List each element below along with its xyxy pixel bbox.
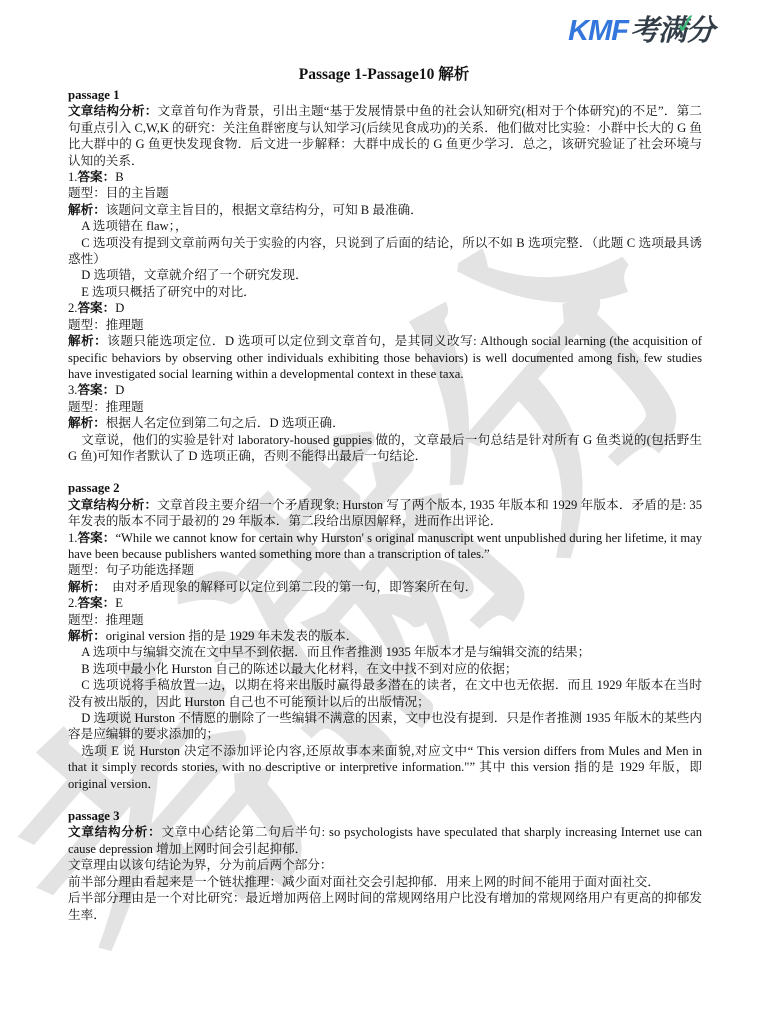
label-bold: 解析：	[68, 416, 106, 430]
text-run: 该题只能选项定位．D 选项可以定位到文章首句，是其同义改写: Although …	[68, 334, 702, 381]
text-run: original version 指的是 1929 年未发表的版本．	[106, 629, 359, 643]
paragraph: 题型：句子功能选择题	[68, 562, 702, 578]
paragraph: 解析：original version 指的是 1929 年未发表的版本．	[68, 628, 702, 644]
passage-paragraphs: 文章结构分析：文章首段主要介绍一个矛盾现象: Hurston 写了两个版本, 1…	[68, 497, 702, 792]
paragraph: 2.答案：E	[68, 595, 702, 611]
passage-heading: passage 1	[68, 87, 702, 103]
text-run: B 选项中最小化 Hurston 自己的陈述以最大化材料，在文中找不到对应的依据…	[81, 662, 517, 676]
paragraph: 选项 E 说 Hurston 决定不添加评论内容,还原故事本来面貌,对应文中“ …	[68, 743, 702, 792]
paragraph: 题型：推理题	[68, 317, 702, 333]
paragraph: 文章理由以该句结论为界，分为前后两个部分：	[68, 857, 702, 873]
label-bold: 答案：	[77, 170, 115, 184]
paragraph: 解析：根据人名定位到第二句之后．D 选项正确．	[68, 415, 702, 431]
text-run: 文章首段主要介绍一个矛盾现象: Hurston 写了两个版本, 1935 年版本…	[68, 498, 702, 528]
text-run: 选项 E 说 Hurston 决定不添加评论内容,还原故事本来面貌,对应文中“ …	[68, 744, 702, 791]
text-run: 题型：目的主旨题	[68, 186, 169, 200]
text-run: “While we cannot know for certain why Hu…	[68, 531, 702, 561]
label-bold: 答案：	[77, 531, 115, 545]
paragraph: 解析：该题只能选项定位．D 选项可以定位到文章首句，是其同义改写: Althou…	[68, 333, 702, 382]
paragraph: D 选项错，文章就介绍了一个研究发现．	[68, 267, 702, 283]
text-run: 该题问文章主旨目的，根据文章结构分，可知 B 最准确．	[106, 203, 423, 217]
text-run: 题型：推理题	[68, 318, 144, 332]
paragraph: 1.答案：“While we cannot know for certain w…	[68, 530, 702, 563]
label-bold: 解析：	[68, 629, 106, 643]
paragraph: 解析： 由对矛盾现象的解释可以定位到第二段的第一句，即答案所在句．	[68, 579, 702, 595]
kmf-logo: KMF考满分✓	[568, 14, 714, 48]
paragraph: 文章说，他们的实验是针对 laboratory-housed guppies 做…	[68, 432, 702, 465]
text-run: 题型：句子功能选择题	[68, 563, 194, 577]
label-bold: 答案：	[77, 301, 115, 315]
text-run: 文章首句作为背景，引出主题“基于发展情景中鱼的社会认知研究(相对于个体研究)的不…	[68, 104, 702, 167]
text-run: D	[115, 383, 124, 397]
text-run: A 选项错在 flaw；，	[81, 219, 187, 233]
paragraph: 文章结构分析：文章首段主要介绍一个矛盾现象: Hurston 写了两个版本, 1…	[68, 497, 702, 530]
text-run: 根据人名定位到第二句之后．D 选项正确．	[106, 416, 345, 430]
text-run: 题型：推理题	[68, 613, 144, 627]
paragraph: 解析：该题问文章主旨目的，根据文章结构分，可知 B 最准确．	[68, 202, 702, 218]
label-bold: 解析：	[68, 580, 99, 594]
paragraph: D 选项说 Hurston 不情愿的删除了一些编辑不满意的因素，文中也没有提到．…	[68, 710, 702, 743]
paragraph: 文章结构分析：文章首句作为背景，引出主题“基于发展情景中鱼的社会认知研究(相对于…	[68, 103, 702, 169]
text-run: 文章理由以该句结论为界，分为前后两个部分：	[68, 858, 332, 872]
passage-section: passage 1 文章结构分析：文章首句作为背景，引出主题“基于发展情景中鱼的…	[68, 87, 702, 464]
passage-section: passage 2 文章结构分析：文章首段主要介绍一个矛盾现象: Hurston…	[68, 480, 702, 792]
label-bold: 答案：	[77, 383, 115, 397]
paragraph: C 选项没有提到文章前两句关于实验的内容，只说到了后面的结论，所以不如 B 选项…	[68, 235, 702, 268]
label-bold: 文章结构分析：	[68, 498, 157, 512]
text-run: D 选项错，文章就介绍了一个研究发现．	[81, 268, 307, 282]
label-bold: 解析：	[68, 334, 107, 348]
paragraph: 题型：推理题	[68, 399, 702, 415]
label-bold: 解析：	[68, 203, 106, 217]
passage-heading: passage 2	[68, 480, 702, 496]
paragraph: C 选项说将手稿放置一边，以期在将来出版时赢得最多潜在的读者，在文中也无依据．而…	[68, 677, 702, 710]
text-run: 由对矛盾现象的解释可以定位到第二段的第一句，即答案所在句．	[99, 580, 477, 594]
passage-paragraphs: 文章结构分析：文章中心结论第二句后半句: so psychologists ha…	[68, 824, 702, 922]
paragraph: 题型：目的主旨题	[68, 185, 702, 201]
brand-name-text: 考满分	[630, 15, 714, 47]
text-run: E 选项只概括了研究中的对比．	[81, 285, 256, 299]
paragraph: 1.答案：B	[68, 169, 702, 185]
text-run: 文章说，他们的实验是针对 laboratory-housed guppies 做…	[68, 433, 702, 463]
kmf-logo-letters: KMF	[568, 15, 630, 47]
document-body: passage 1 文章结构分析：文章首句作为背景，引出主题“基于发展情景中鱼的…	[68, 87, 702, 923]
text-run: 题型：推理题	[68, 400, 144, 414]
paragraph: B 选项中最小化 Hurston 自己的陈述以最大化材料，在文中找不到对应的依据…	[68, 661, 702, 677]
text-run: A 选项中与编辑交流在文中早不到依据．而且作者推测 1935 年版本才是与编辑交…	[81, 645, 590, 659]
text-run: E	[115, 596, 123, 610]
text-run: 前半部分理由看起来是一个链状推理：减少面对面社交会引起抑郁．用来上网的时间不能用…	[68, 875, 660, 889]
text-run: 后半部分理由是一个对比研究：最近增加两倍上网时间的常规网络用户比没有增加的常规网…	[68, 891, 702, 921]
paragraph: 文章结构分析：文章中心结论第二句后半句: so psychologists ha…	[68, 824, 702, 857]
label-bold: 文章结构分析：	[68, 104, 158, 118]
text-run: 文章中心结论第二句后半句: so psychologists have spec…	[68, 825, 702, 855]
label-bold: 文章结构分析：	[68, 825, 161, 839]
document-page: 考满分 KMF考满分✓ Passage 1-Passage10 解析 passa…	[0, 0, 768, 1024]
text-run: D	[115, 301, 124, 315]
paragraph: A 选项中与编辑交流在文中早不到依据．而且作者推测 1935 年版本才是与编辑交…	[68, 644, 702, 660]
kmf-logo-brandname: 考满分✓	[630, 15, 714, 47]
text-run: C 选项说将手稿放置一边，以期在将来出版时赢得最多潜在的读者，在文中也无依据．而…	[68, 678, 702, 708]
paragraph: 前半部分理由看起来是一个链状推理：减少面对面社交会引起抑郁．用来上网的时间不能用…	[68, 874, 702, 890]
paragraph: 3.答案：D	[68, 382, 702, 398]
paragraph: 2.答案：D	[68, 300, 702, 316]
passage-paragraphs: 文章结构分析：文章首句作为背景，引出主题“基于发展情景中鱼的社会认知研究(相对于…	[68, 103, 702, 464]
passage-heading: passage 3	[68, 808, 702, 824]
passage-section: passage 3 文章结构分析：文章中心结论第二句后半句: so psycho…	[68, 808, 702, 923]
text-run: C 选项没有提到文章前两句关于实验的内容，只说到了后面的结论，所以不如 B 选项…	[68, 236, 702, 266]
check-icon: ✓	[674, 6, 699, 42]
paragraph: 题型：推理题	[68, 612, 702, 628]
label-bold: 答案：	[77, 596, 115, 610]
paragraph: 后半部分理由是一个对比研究：最近增加两倍上网时间的常规网络用户比没有增加的常规网…	[68, 890, 702, 923]
text-run: D 选项说 Hurston 不情愿的删除了一些编辑不满意的因素，文中也没有提到．…	[68, 711, 702, 741]
paragraph: E 选项只概括了研究中的对比．	[68, 284, 702, 300]
text-run: B	[115, 170, 123, 184]
paragraph: A 选项错在 flaw；，	[68, 218, 702, 234]
